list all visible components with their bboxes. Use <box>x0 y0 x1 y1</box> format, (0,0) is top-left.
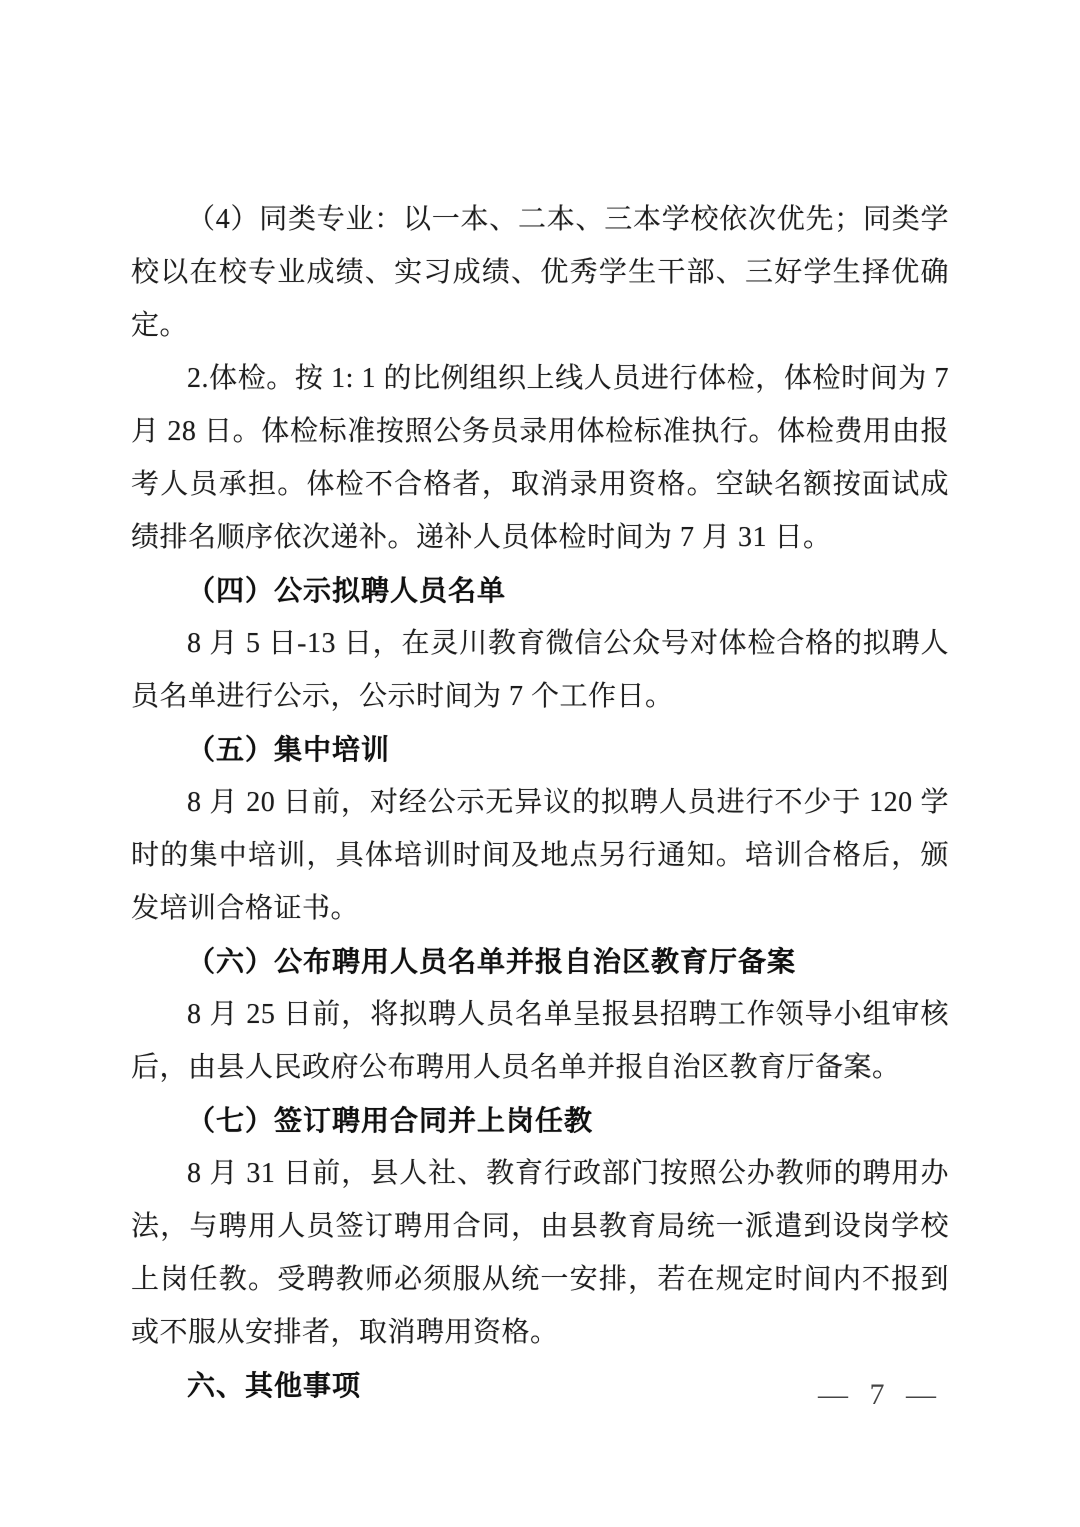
page-number: — 7 — <box>818 1378 936 1412</box>
paragraph-training-details: 8 月 20 日前，对经公示无异议的拟聘人员进行不少于 120 学时的集中培训，… <box>131 776 949 935</box>
heading-section-4-publicize-proposed-hires: （四）公示拟聘人员名单 <box>131 564 949 617</box>
paragraph-publicity-period: 8 月 5 日-13 日，在灵川教育微信公众号对体检合格的拟聘人员名单进行公示，… <box>131 617 949 723</box>
document-page: （4）同类专业：以一本、二本、三本学校依次优先；同类学校以在校专业成绩、实习成绩… <box>0 0 1080 1527</box>
paragraph-contract-and-posting-details: 8 月 31 日前，县人社、教育行政部门按照公办教师的聘用办法，与聘用人员签订聘… <box>131 1147 949 1359</box>
document-body: （4）同类专业：以一本、二本、三本学校依次优先；同类学校以在校专业成绩、实习成绩… <box>131 193 949 1412</box>
heading-section-7-sign-contract-take-post: （七）签订聘用合同并上岗任教 <box>131 1094 949 1147</box>
paragraph-same-major-priority-rule: （4）同类专业：以一本、二本、三本学校依次优先；同类学校以在校专业成绩、实习成绩… <box>131 193 949 352</box>
paragraph-announce-report-details: 8 月 25 日前，将拟聘人员名单呈报县招聘工作领导小组审核后，由县人民政府公布… <box>131 988 949 1094</box>
heading-section-6-announce-and-report-list: （六）公布聘用人员名单并报自治区教育厅备案 <box>131 935 949 988</box>
paragraph-physical-exam-rules: 2.体检。按 1: 1 的比例组织上线人员进行体检，体检时间为 7 月 28 日… <box>131 352 949 564</box>
heading-section-5-centralized-training: （五）集中培训 <box>131 723 949 776</box>
